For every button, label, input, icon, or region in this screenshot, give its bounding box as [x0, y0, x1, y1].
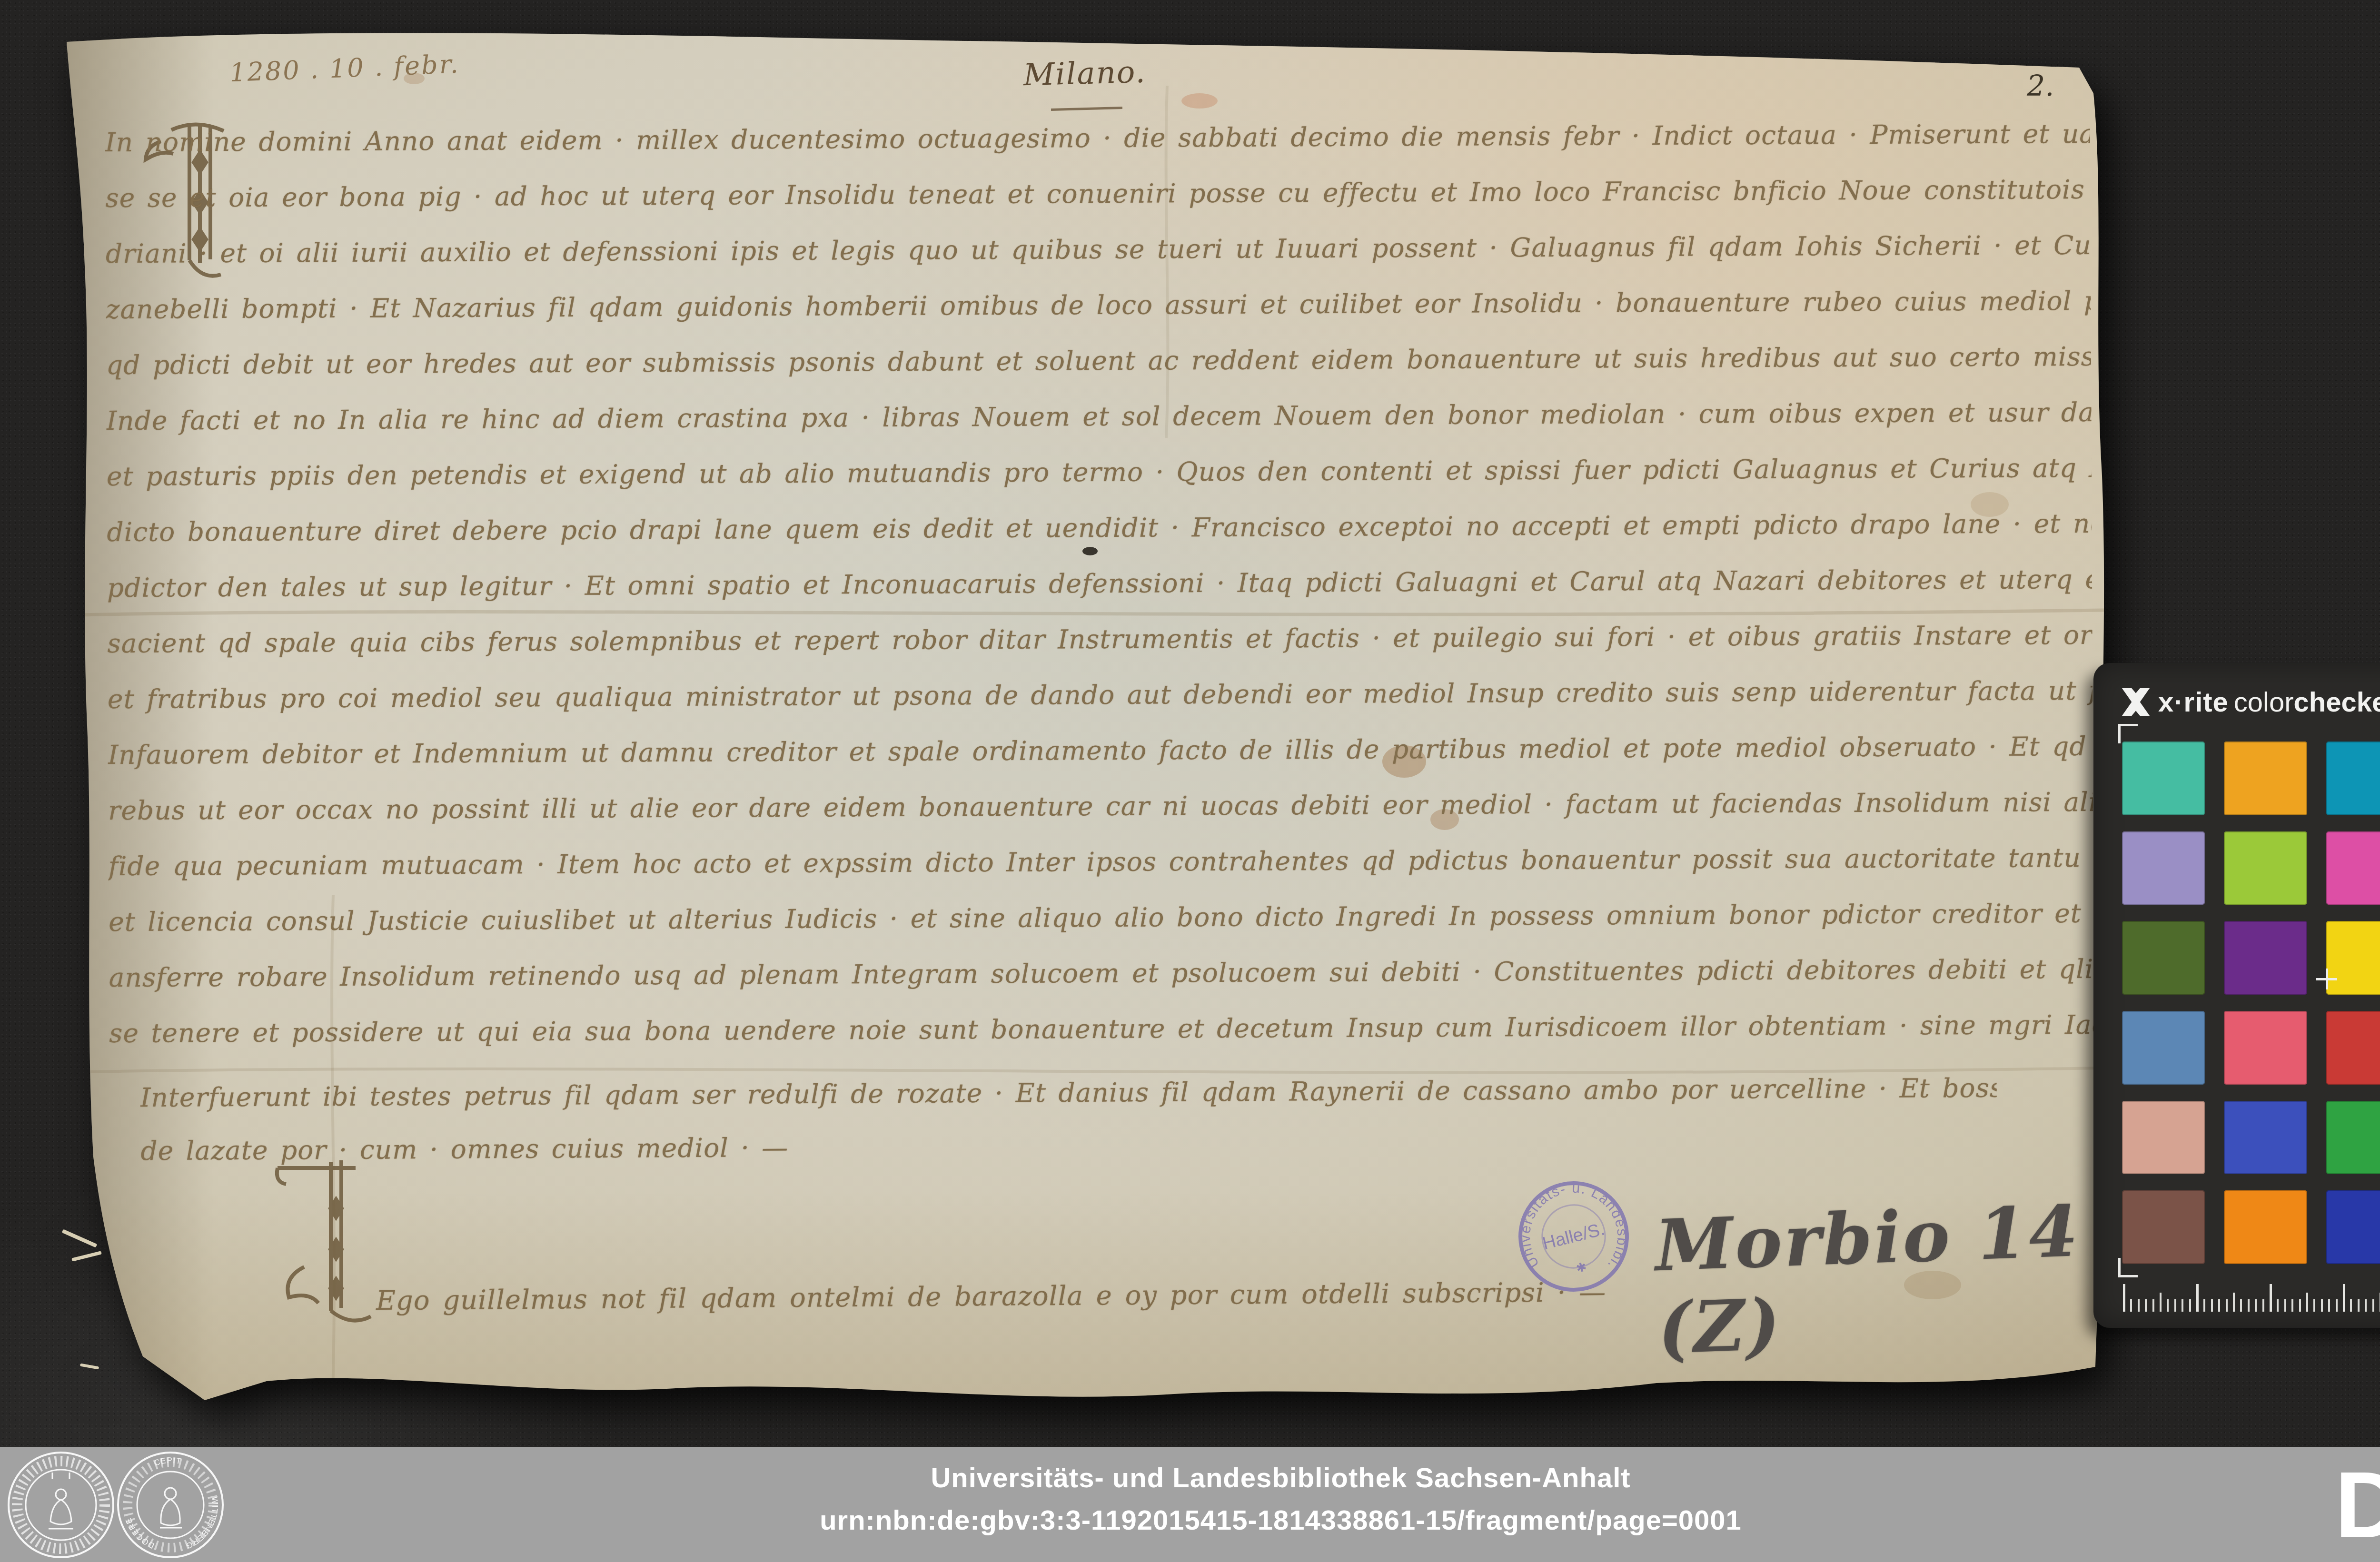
manuscript-line: se tenere et possidere ut qui eia sua bo…	[109, 997, 2094, 1061]
xrite-brand-name: x·rite	[2158, 686, 2229, 718]
color-patch	[2122, 1190, 2205, 1264]
manuscript-line: se se et oia eor bona pig · ad hoc ut ut…	[105, 162, 2090, 226]
millimeter-ruler: mm	[2123, 1282, 2380, 1312]
witness-clause-block: Interfuerunt ibi testes petrus fil qdam …	[140, 1061, 1997, 1177]
colorchecker-product: colorchecker CLASSIC	[2234, 686, 2380, 718]
institution-name: Universitäts- und Landesbibliothek Sachs…	[0, 1462, 2380, 1494]
color-patch	[2122, 921, 2205, 995]
stamp-center-text: Halle/S.	[1540, 1219, 1606, 1254]
witness-line: de lazate por · cum · omnes cuius mediol…	[140, 1115, 1997, 1177]
color-patch	[2122, 1101, 2205, 1175]
witness-line: Interfuerunt ibi testes petrus fil qdam …	[140, 1061, 1997, 1124]
center-crosshair-icon	[2316, 969, 2337, 989]
manuscript-line: zanebelli bompti · Et Nazarius fil qdam …	[106, 273, 2091, 337]
manuscript-line: pdictor den tales ut sup legitur · Et om…	[107, 552, 2092, 616]
xrite-logo-icon	[2121, 687, 2151, 717]
manuscript-line: ansferre robare Insolidum retinendo usq …	[109, 941, 2093, 1006]
color-patch	[2224, 831, 2307, 905]
page-number: 2.	[2027, 69, 2054, 103]
dfg-logo: DFG	[2335, 1452, 2380, 1559]
color-patch	[2122, 1011, 2205, 1085]
color-patch	[2326, 831, 2380, 905]
ruler-major-ticks	[2123, 1284, 2380, 1312]
manuscript-line: sacient qd spale quia cibs ferus solempn…	[107, 607, 2092, 672]
color-patch	[2326, 741, 2380, 815]
manuscript-line: Inde facti et no In alia re hinc ad diem…	[106, 385, 2091, 449]
color-patch	[2326, 1011, 2380, 1085]
xrite-brand: x·rite	[2121, 686, 2229, 718]
manuscript-text-block: In nomine domini Anno anat eidem · mille…	[105, 106, 2094, 1061]
color-patch	[2122, 741, 2205, 815]
color-patch-grid	[2122, 741, 2380, 1264]
shelfmark-annotation: Morbio 14 (Z)	[1654, 1187, 2154, 1370]
color-patch	[2326, 1190, 2380, 1264]
manuscript-line: qd pdicti debit ut eor hredes aut eor su…	[106, 329, 2091, 393]
manuscript-line: In nomine domini Anno anat eidem · mille…	[105, 106, 2090, 170]
manuscript-line: Infauorem debitor et Indemnium ut damnu …	[108, 719, 2092, 783]
color-patch	[2224, 1190, 2307, 1264]
urn-identifier: urn:nbn:de:gbv:3:3-1192015415-1814338861…	[0, 1504, 2380, 1536]
colorchecker-wordmark: colorchecker	[2234, 686, 2380, 718]
color-patch	[2224, 1011, 2307, 1085]
stain	[1181, 93, 1218, 109]
corner-registration-mark	[2118, 724, 2138, 743]
place-heading: Milano.	[1023, 55, 1146, 93]
digitized-manuscript-scan: 1280 . 10 . febr. Milano. 2. In nomine d…	[0, 0, 2380, 1562]
manuscript-line: et licencia consul Justicie cuiuslibet u…	[109, 886, 2093, 950]
footer-bar: DOCERE CEPIT WITTENBERG Universitäts- un…	[0, 1447, 2380, 1562]
colorchecker-header: x·rite colorchecker CLASSIC	[2121, 682, 2380, 722]
color-patch	[2224, 1101, 2307, 1175]
color-patch	[2224, 921, 2307, 995]
svg-text:✱: ✱	[1575, 1259, 1588, 1275]
manuscript-line: et fratribus pro coi mediol seu qualiqua…	[108, 663, 2092, 727]
color-patch	[2122, 831, 2205, 905]
parchment-charter: 1280 . 10 . febr. Milano. 2. In nomine d…	[0, 0, 2152, 1442]
manuscript-line: et pasturis ppiis den petendis et exigen…	[107, 440, 2092, 504]
manuscript-line: fide qua pecuniam mutuacam · Item hoc ac…	[108, 830, 2093, 894]
footer-caption: Universitäts- und Landesbibliothek Sachs…	[0, 1447, 2380, 1536]
manuscript-line: dicto bonauenture diret debere pcio drap…	[107, 496, 2092, 560]
color-patch	[2326, 1101, 2380, 1175]
manuscript-line: driani · et oi alii iurii auxilio et def…	[106, 217, 2091, 282]
color-patch	[2224, 741, 2307, 815]
manuscript-line: rebus ut eor occax no possint illi ut al…	[108, 774, 2093, 839]
colorchecker-card: x·rite colorchecker CLASSIC	[2093, 663, 2380, 1328]
